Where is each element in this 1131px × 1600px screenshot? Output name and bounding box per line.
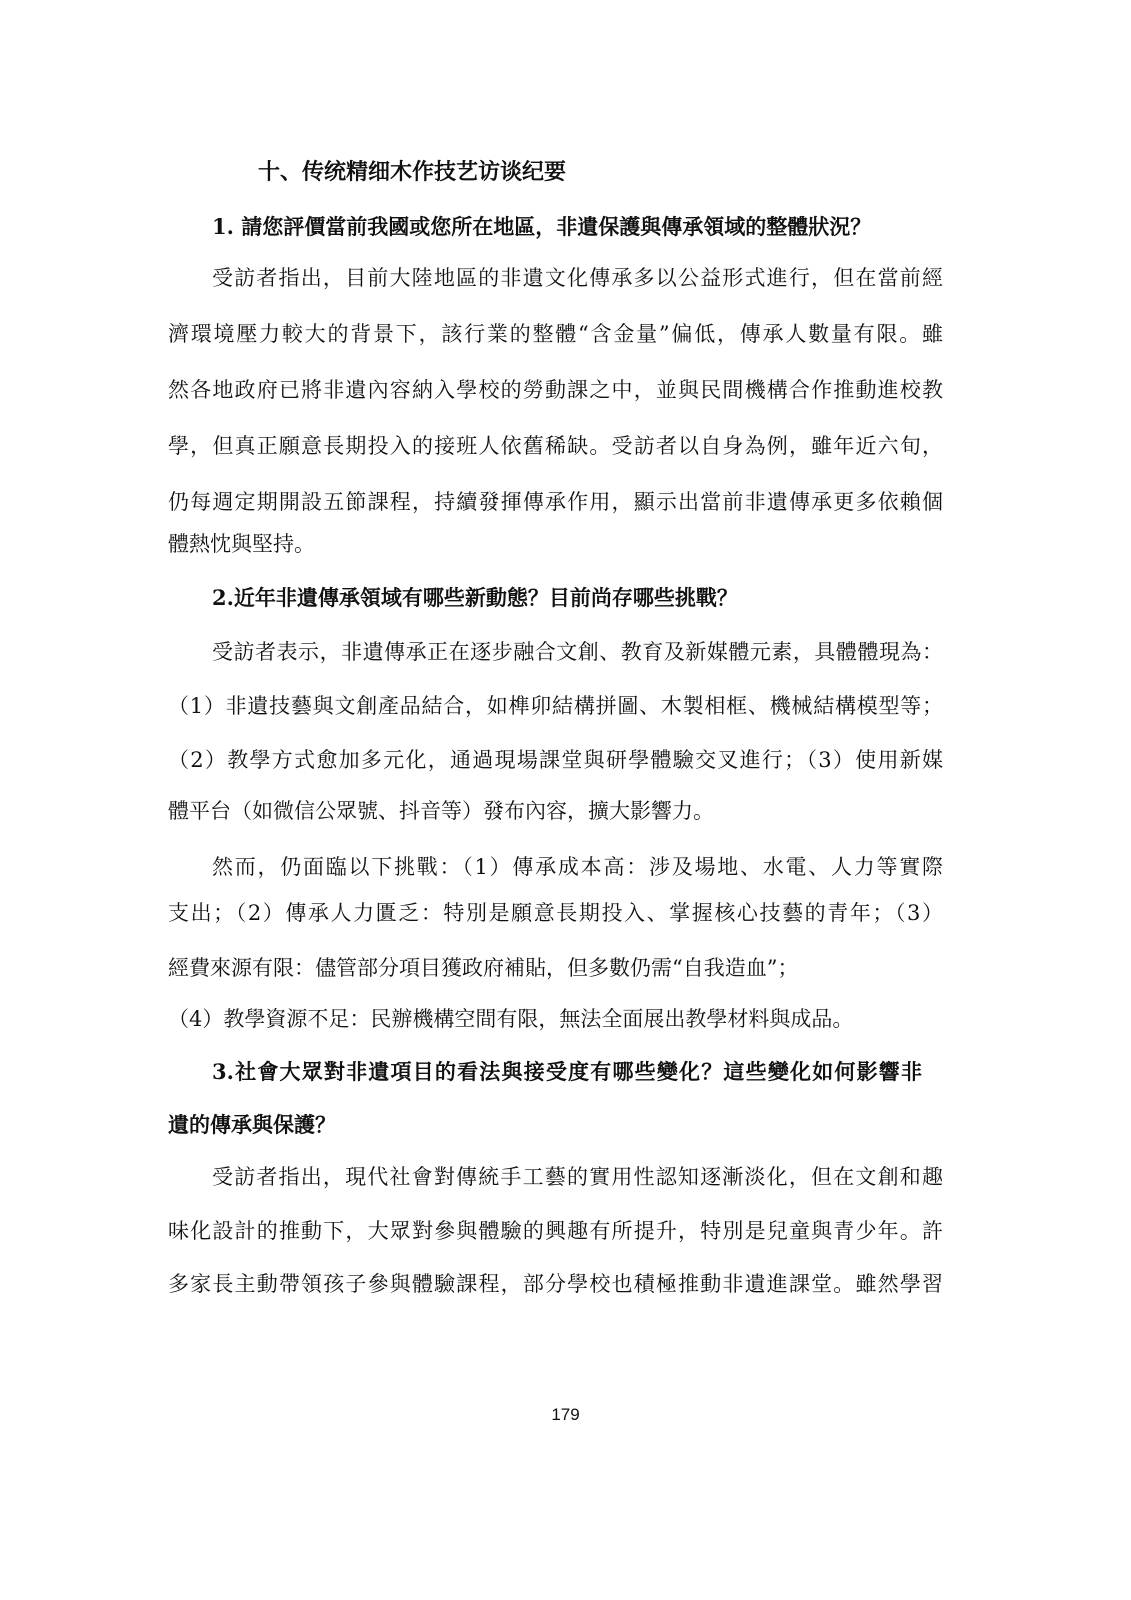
document-page: 十、传统精细木作技艺访谈纪要 1. 請您評價當前我國或您所在地區，非遺保護與傳承… bbox=[0, 0, 1131, 1600]
answer-2b-line-2: 支出；（2）傳承人力匱乏：特別是願意長期投入、掌握核心技藝的青年；（3） bbox=[168, 899, 943, 927]
answer-2b-line-1: 然而，仍面臨以下挑戰：（1）傳承成本高：涉及場地、水電、人力等實際 bbox=[212, 853, 943, 881]
answer-3-line-2: 味化設計的推動下，大眾對參與體驗的興趣有所提升，特別是兒童與青少年。許 bbox=[168, 1217, 943, 1245]
question-3-heading-line-2: 遺的傳承與保護？ bbox=[168, 1111, 943, 1139]
question-2-heading: 2.近年非遺傳承領域有哪些新動態？目前尚存哪些挑戰？ bbox=[212, 584, 943, 612]
question-1-heading: 1. 請您評價當前我國或您所在地區，非遺保護與傳承領域的整體狀況？ bbox=[212, 213, 943, 241]
section-title: 十、传统精细木作技艺访谈纪要 bbox=[258, 157, 566, 187]
answer-1-line-5: 仍每週定期開設五節課程，持續發揮傳承作用，顯示出當前非遺傳承更多依賴個 bbox=[168, 488, 943, 516]
answer-2b-line-3: 經費來源有限：儘管部分項目獲政府補貼，但多數仍需“自我造血”； bbox=[168, 954, 943, 982]
answer-1-line-6: 體熱忱與堅持。 bbox=[168, 530, 943, 558]
answer-2b-line-4: （4）教學資源不足：民辦機構空間有限，無法全面展出教學材料與成品。 bbox=[168, 1005, 943, 1033]
answer-2-line-1: 受訪者表示，非遺傳承正在逐步融合文創、教育及新媒體元素，具體體現為： bbox=[212, 638, 943, 666]
answer-2-line-2: （1）非遺技藝與文創產品結合，如榫卯結構拼圖、木製相框、機械結構模型等； bbox=[168, 692, 943, 720]
page-number: 179 bbox=[0, 1405, 1131, 1425]
answer-3-line-3: 多家長主動帶領孩子參與體驗課程，部分學校也積極推動非遺進課堂。雖然學習 bbox=[168, 1270, 943, 1298]
answer-1-line-1: 受訪者指出，目前大陸地區的非遺文化傳承多以公益形式進行，但在當前經 bbox=[212, 264, 943, 292]
answer-2-line-3: （2）教學方式愈加多元化，通過現場課堂與研學體驗交叉進行；（3）使用新媒 bbox=[168, 746, 943, 774]
answer-1-line-2: 濟環境壓力較大的背景下，該行業的整體“含金量”偏低，傳承人數量有限。雖 bbox=[168, 320, 943, 348]
answer-2-line-4: 體平台（如微信公眾號、抖音等）發布內容，擴大影響力。 bbox=[168, 797, 943, 825]
answer-1-line-4: 學，但真正願意長期投入的接班人依舊稀缺。受訪者以自身為例，雖年近六旬， bbox=[168, 432, 943, 460]
question-3-heading-line-1: 3.社會大眾對非遺項目的看法與接受度有哪些變化？這些變化如何影響非 bbox=[212, 1058, 922, 1086]
answer-1-line-3: 然各地政府已將非遺內容納入學校的勞動課之中，並與民間機構合作推動進校教 bbox=[168, 376, 943, 404]
answer-3-line-1: 受訪者指出，現代社會對傳統手工藝的實用性認知逐漸淡化，但在文創和趣 bbox=[212, 1163, 943, 1191]
